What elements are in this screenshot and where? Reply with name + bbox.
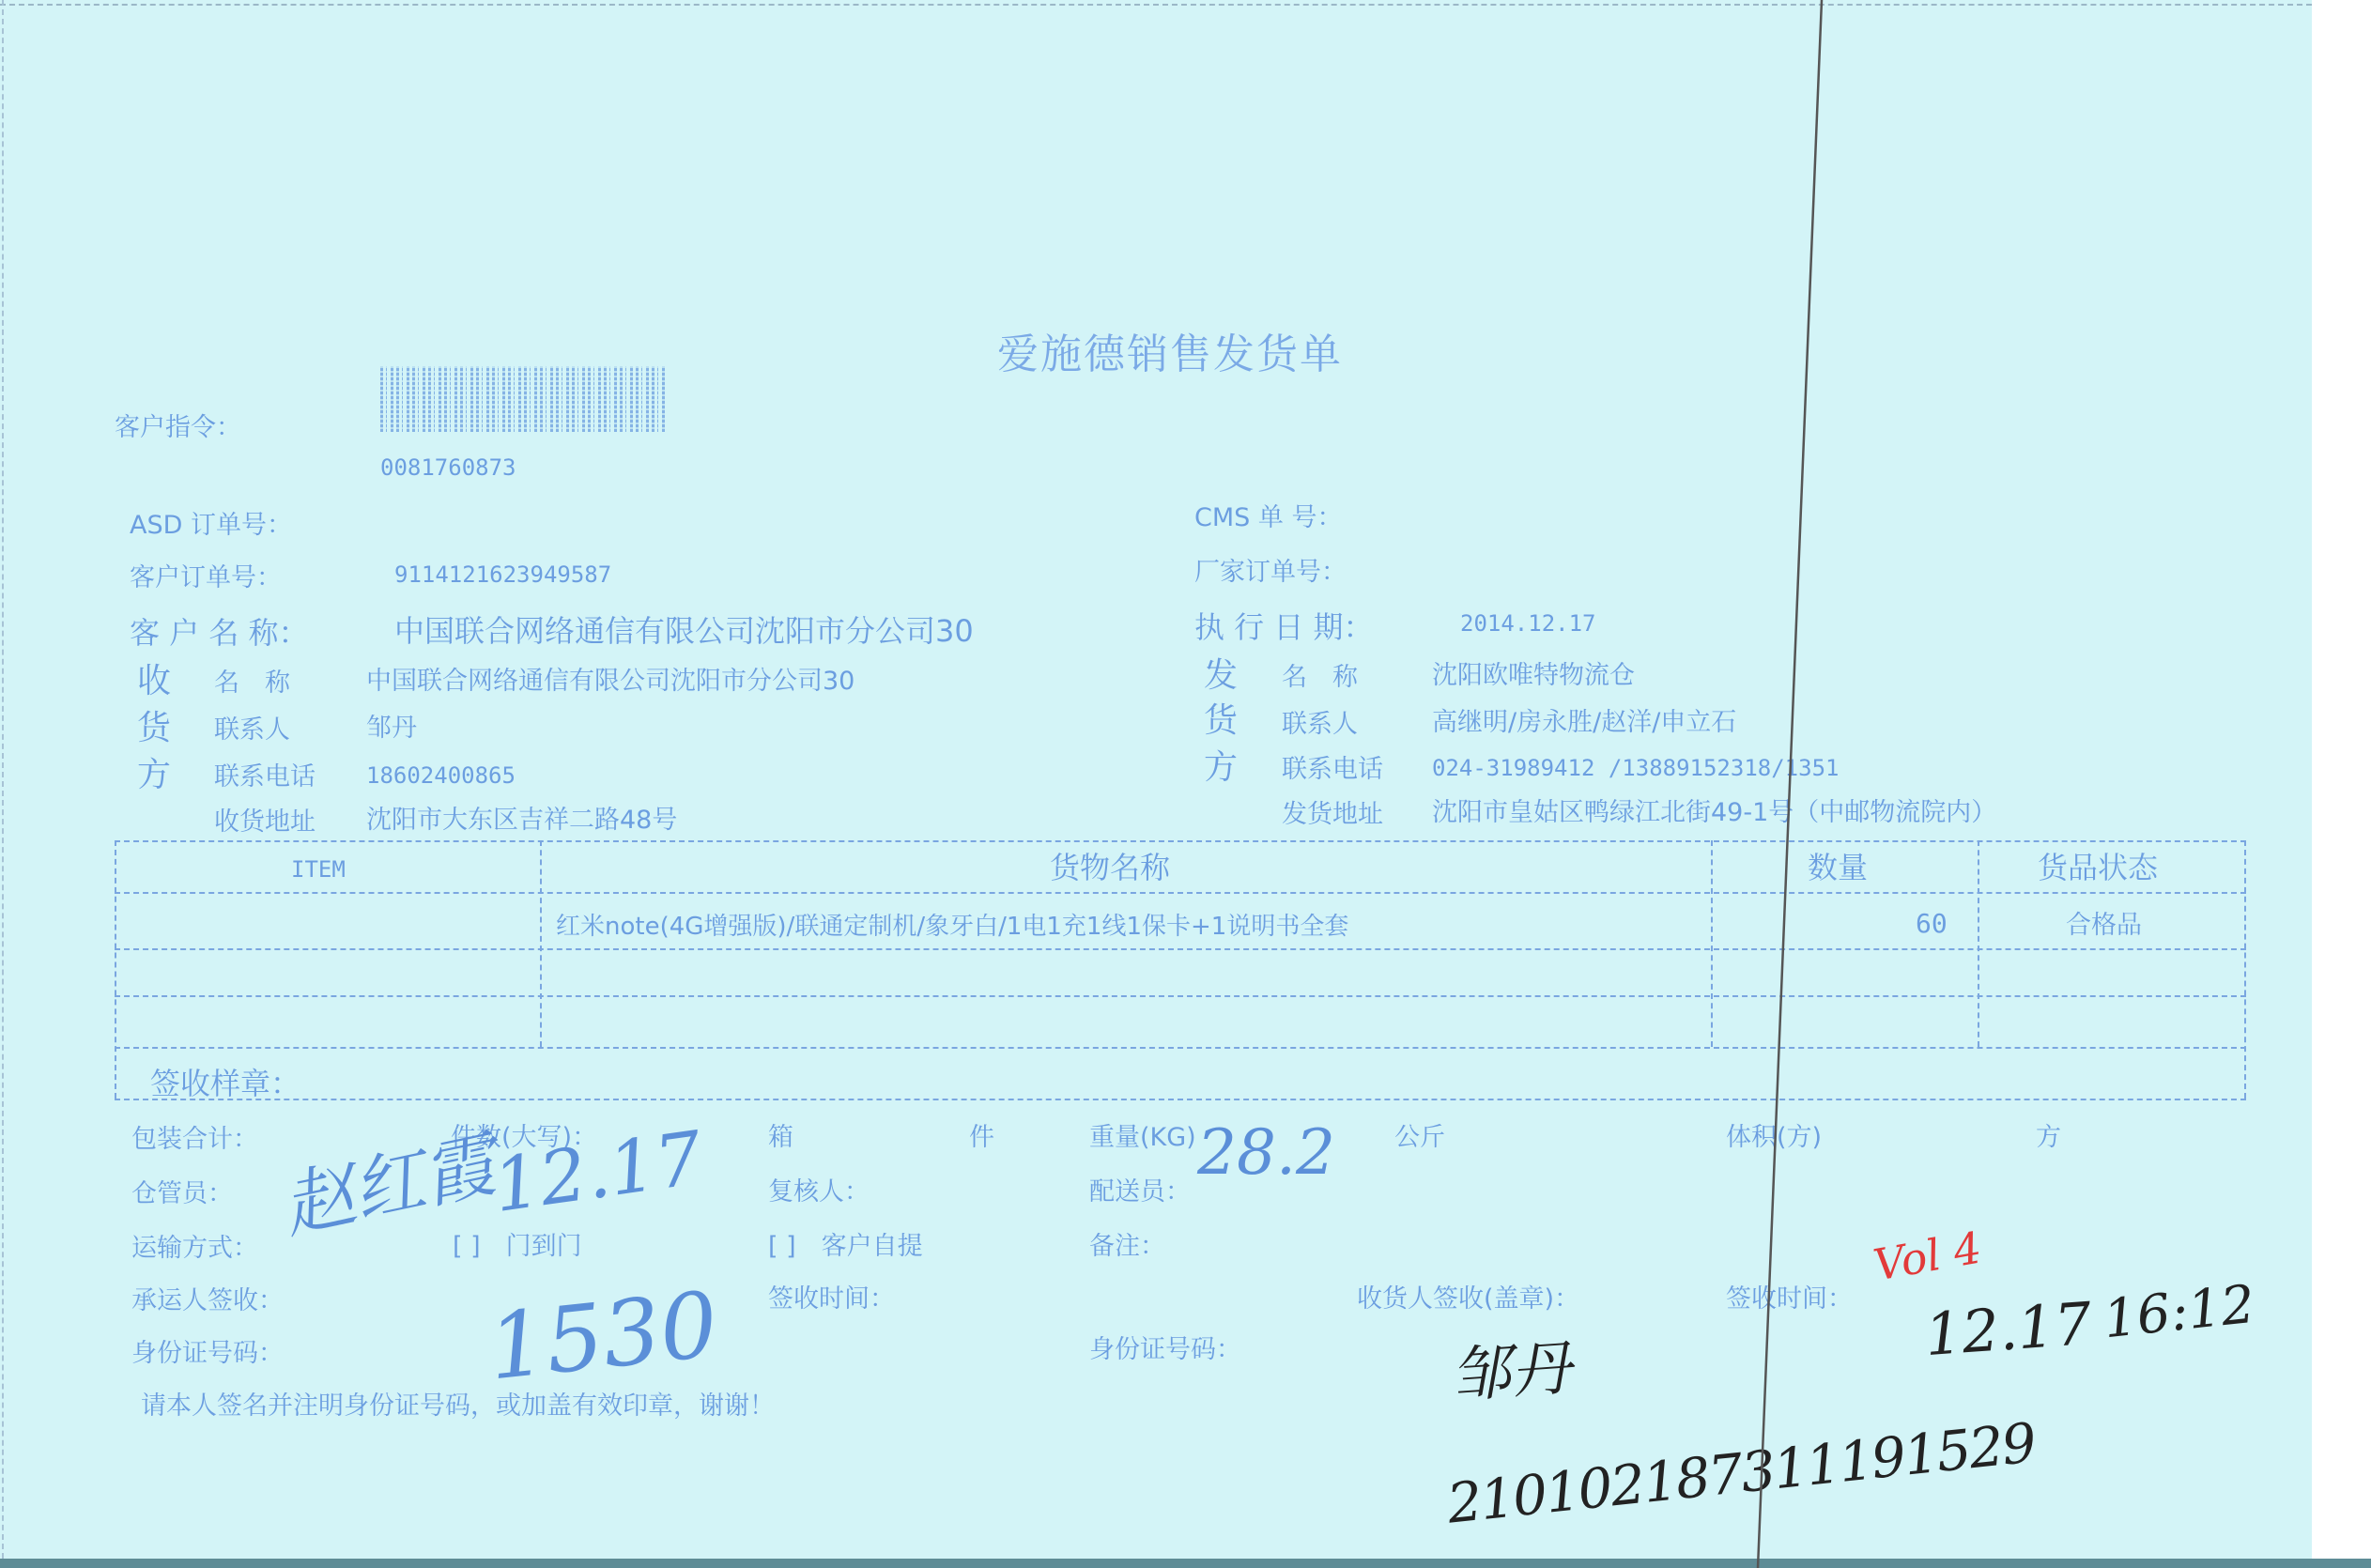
reviewer-label: 复核人： [768, 1179, 870, 1205]
sender-contact-value: 高继明/房永胜/赵洋/申立石 [1432, 710, 1736, 735]
receiver-name-value: 中国联合网络通信有限公司沈阳市分公司30 [366, 669, 854, 694]
receiver-side-char-1: 收 [137, 665, 171, 699]
table-header-goods-name: 货物名称 [1050, 853, 1170, 883]
box-unit-label: 箱 [768, 1125, 793, 1150]
table-border-top [115, 840, 2246, 842]
table-header-status: 货品状态 [2038, 853, 2158, 883]
table-row-divider [115, 948, 2246, 950]
factory-order-label: 厂家订单号： [1194, 560, 1347, 585]
table-header-quantity: 数量 [1808, 853, 1868, 883]
volume-label: 体积(方) [1726, 1125, 1822, 1150]
sender-side-char-1: 发 [1204, 659, 1238, 693]
perforation-top [0, 4, 2312, 6]
receiver-side-char-3: 方 [137, 759, 171, 792]
receiver-side-char-2: 货 [137, 712, 171, 746]
transport-method-label: 运输方式： [131, 1236, 258, 1261]
asd-order-label: ASD 订单号： [130, 513, 292, 538]
row-status: 合格品 [2066, 913, 2142, 938]
self-pickup-checkbox[interactable]: [ ] 客户自提 [768, 1234, 923, 1259]
sender-name-label: 名 称 [1282, 665, 1358, 690]
remarks-label: 备注： [1089, 1234, 1165, 1259]
sign-stamp-label: 签收样章： [150, 1068, 300, 1099]
document-title: 爱施德销售发货单 [997, 334, 1343, 376]
barcode-number: 0081760873 [380, 456, 516, 479]
customer-order-label: 客户订单号： [130, 565, 282, 591]
table-border-bottom [115, 1099, 2246, 1100]
cms-number-label: CMS 单 号： [1194, 505, 1342, 530]
customer-name-label: 客 户 名 称： [130, 618, 309, 648]
consignee-id-label: 身份证号码： [1089, 1337, 1241, 1362]
deliverer-label: 配送员： [1089, 1179, 1191, 1205]
carrier-id-label: 身份证号码： [131, 1341, 284, 1366]
customer-name-value: 中国联合网络通信有限公司沈阳市分公司30 [394, 616, 974, 646]
consignee-sign-time-label: 签收时间： [1726, 1286, 1853, 1312]
table-col-divider [1978, 840, 1979, 1047]
carrier-sign-label: 承运人签收： [131, 1288, 284, 1314]
table-border-right [2244, 840, 2246, 1099]
sender-name-value: 沈阳欧唯特物流仓 [1432, 663, 1635, 688]
sender-phone-value: 024-31989412 /13889152318/1351 [1432, 757, 1839, 779]
warehouse-keeper-label: 仓管员： [131, 1181, 233, 1207]
weight-label: 重量(KG) [1089, 1125, 1196, 1150]
table-row-divider [115, 1047, 2246, 1049]
consignee-signature: 邹丹 [1449, 1339, 1573, 1407]
table-header-item: ITEM [291, 858, 346, 881]
table-border-left [115, 840, 116, 1099]
sender-phone-label: 联系电话 [1282, 757, 1383, 782]
carrier-sign-time-label: 签收时间： [768, 1286, 895, 1312]
receiver-phone-label: 联系电话 [214, 764, 316, 790]
sender-side-char-2: 货 [1204, 704, 1238, 738]
receiver-name-label: 名 称 [214, 670, 290, 696]
row-goods-name: 红米note(4G增强版)/联通定制机/象牙白/1电1充1线1保卡+1说明书全套 [556, 915, 1348, 939]
sender-address-label: 发货地址 [1282, 802, 1383, 827]
sender-address-value: 沈阳市皇姑区鸭绿江北街49-1号（中邮物流院内） [1432, 800, 1996, 825]
perforation-left [2, 0, 4, 1559]
barcode-image [380, 366, 667, 432]
weight-handwritten: 28.2 [1197, 1122, 1335, 1184]
customer-order-value: 9114121623949587 [394, 563, 611, 586]
table-row-divider [115, 995, 2246, 997]
cubic-unit-label: 方 [2036, 1125, 2061, 1150]
piece-unit-label: 件 [969, 1125, 994, 1150]
consignee-time-handwritten: 16:12 [2102, 1279, 2257, 1347]
consignee-date-handwritten: 12.17 [1923, 1295, 2093, 1364]
kg-unit-label: 公斤 [1394, 1125, 1445, 1150]
carrier-time-handwritten: 1530 [485, 1279, 722, 1392]
customer-command-label: 客户指令： [115, 415, 241, 440]
sender-side-char-3: 方 [1204, 751, 1238, 785]
door-to-door-checkbox[interactable]: [ ] 门到门 [453, 1234, 582, 1259]
receiver-phone-value: 18602400865 [366, 764, 516, 787]
receiver-contact-value: 邹丹 [366, 715, 417, 741]
exec-date-label: 执 行 日 期： [1194, 612, 1374, 642]
receiver-contact-label: 联系人 [214, 717, 290, 743]
scanner-edge [0, 1559, 2371, 1568]
sender-contact-label: 联系人 [1282, 712, 1358, 737]
table-col-divider [540, 840, 542, 1047]
receiver-address-label: 收货地址 [214, 809, 316, 835]
package-total-label: 包装合计： [131, 1127, 258, 1152]
consignee-sign-label: 收货人签收(盖章)： [1357, 1286, 1579, 1312]
signature-notice: 请本人签名并注明身份证号码，或加盖有效印章，谢谢！ [141, 1393, 775, 1419]
row-quantity: 60 [1916, 911, 1948, 937]
table-header-divider [115, 892, 2246, 894]
table-col-divider [1711, 840, 1713, 1047]
receiver-address-value: 沈阳市大东区吉祥二路48号 [366, 807, 677, 833]
exec-date-value: 2014.12.17 [1460, 612, 1596, 635]
